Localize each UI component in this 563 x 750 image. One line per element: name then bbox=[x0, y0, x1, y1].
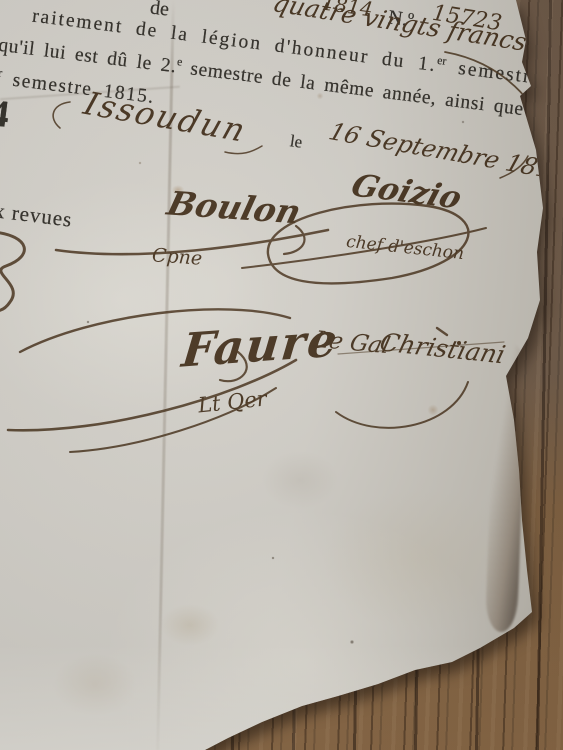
christiani-descender-sweep bbox=[336, 382, 468, 428]
signature-christiani: Christiani bbox=[377, 328, 508, 369]
paper-shadow-wrap: de raitement de la légion d'honneur du 1… bbox=[0, 0, 563, 750]
signature-faure-title: Lt Qer bbox=[197, 386, 268, 417]
signature-boulon-title: Cpne bbox=[151, 244, 203, 269]
document-paper: de raitement de la légion d'honneur du 1… bbox=[0, 0, 563, 750]
curled-edge-shadow bbox=[485, 342, 527, 633]
photo-of-historical-document: de raitement de la légion d'honneur du 1… bbox=[0, 0, 563, 750]
left-margin-signature bbox=[0, 232, 24, 311]
